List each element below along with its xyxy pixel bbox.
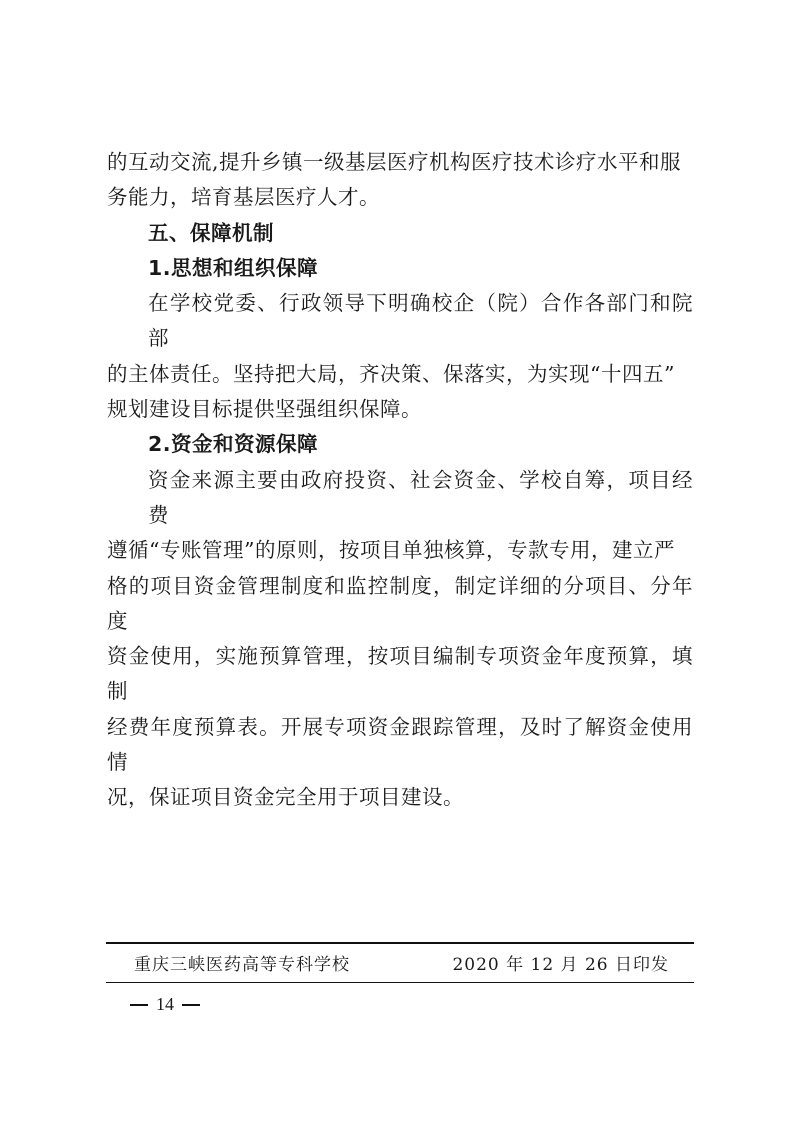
text-line: 的主体责任。坚持把大局，齐决策、保落实，为实现“十四五”	[107, 357, 693, 392]
issuer-name: 重庆三峡医药高等专科学校	[134, 950, 350, 975]
subsection-heading: 1.思想和组织保障	[107, 251, 693, 286]
document-body: 的互动交流,提升乡镇一级基层医疗机构医疗技术诊疗水平和服 务能力，培育基层医疗人…	[107, 145, 693, 816]
text-line: 的互动交流,提升乡镇一级基层医疗机构医疗技术诊疗水平和服	[107, 145, 693, 180]
text-line: 务能力，培育基层医疗人才。	[107, 180, 693, 215]
text-line: 遵循“专账管理”的原则，按项目单独核算，专款专用，建立严	[107, 533, 693, 568]
text-line: 况，保证项目资金完全用于项目建设。	[107, 780, 693, 815]
dash-left	[130, 1004, 148, 1006]
issue-date: 2020 年 12 月 26 日印发	[452, 950, 669, 975]
text-line: 格的项目资金管理制度和监控制度，制定详细的分项目、分年度	[107, 569, 693, 640]
dash-right	[182, 1004, 200, 1006]
text-line: 在学校党委、行政领导下明确校企（院）合作各部门和院部	[107, 286, 693, 357]
paragraph-funding: 资金来源主要由政府投资、社会资金、学校自筹，项目经费 遵循“专账管理”的原则，按…	[107, 463, 693, 816]
subsection-heading: 2.资金和资源保障	[107, 427, 693, 462]
paragraph-continued: 的互动交流,提升乡镇一级基层医疗机构医疗技术诊疗水平和服 务能力，培育基层医疗人…	[107, 145, 693, 216]
text-line: 规划建设目标提供坚强组织保障。	[107, 392, 693, 427]
divider-bottom	[106, 982, 694, 984]
section-heading: 五、保障机制	[107, 216, 693, 251]
text-line: 资金来源主要由政府投资、社会资金、学校自筹，项目经费	[107, 463, 693, 534]
page-number: 14	[130, 994, 200, 1015]
paragraph-organization: 在学校党委、行政领导下明确校企（院）合作各部门和院部 的主体责任。坚持把大局，齐…	[107, 286, 693, 427]
page-number-value: 14	[156, 994, 174, 1015]
issuance-footer: 重庆三峡医药高等专科学校 2020 年 12 月 26 日印发	[106, 942, 694, 983]
text-line: 经费年度预算表。开展专项资金跟踪管理，及时了解资金使用情	[107, 710, 693, 781]
text-line: 资金使用，实施预算管理，按项目编制专项资金年度预算，填制	[107, 639, 693, 710]
footer-row: 重庆三峡医药高等专科学校 2020 年 12 月 26 日印发	[106, 944, 694, 982]
